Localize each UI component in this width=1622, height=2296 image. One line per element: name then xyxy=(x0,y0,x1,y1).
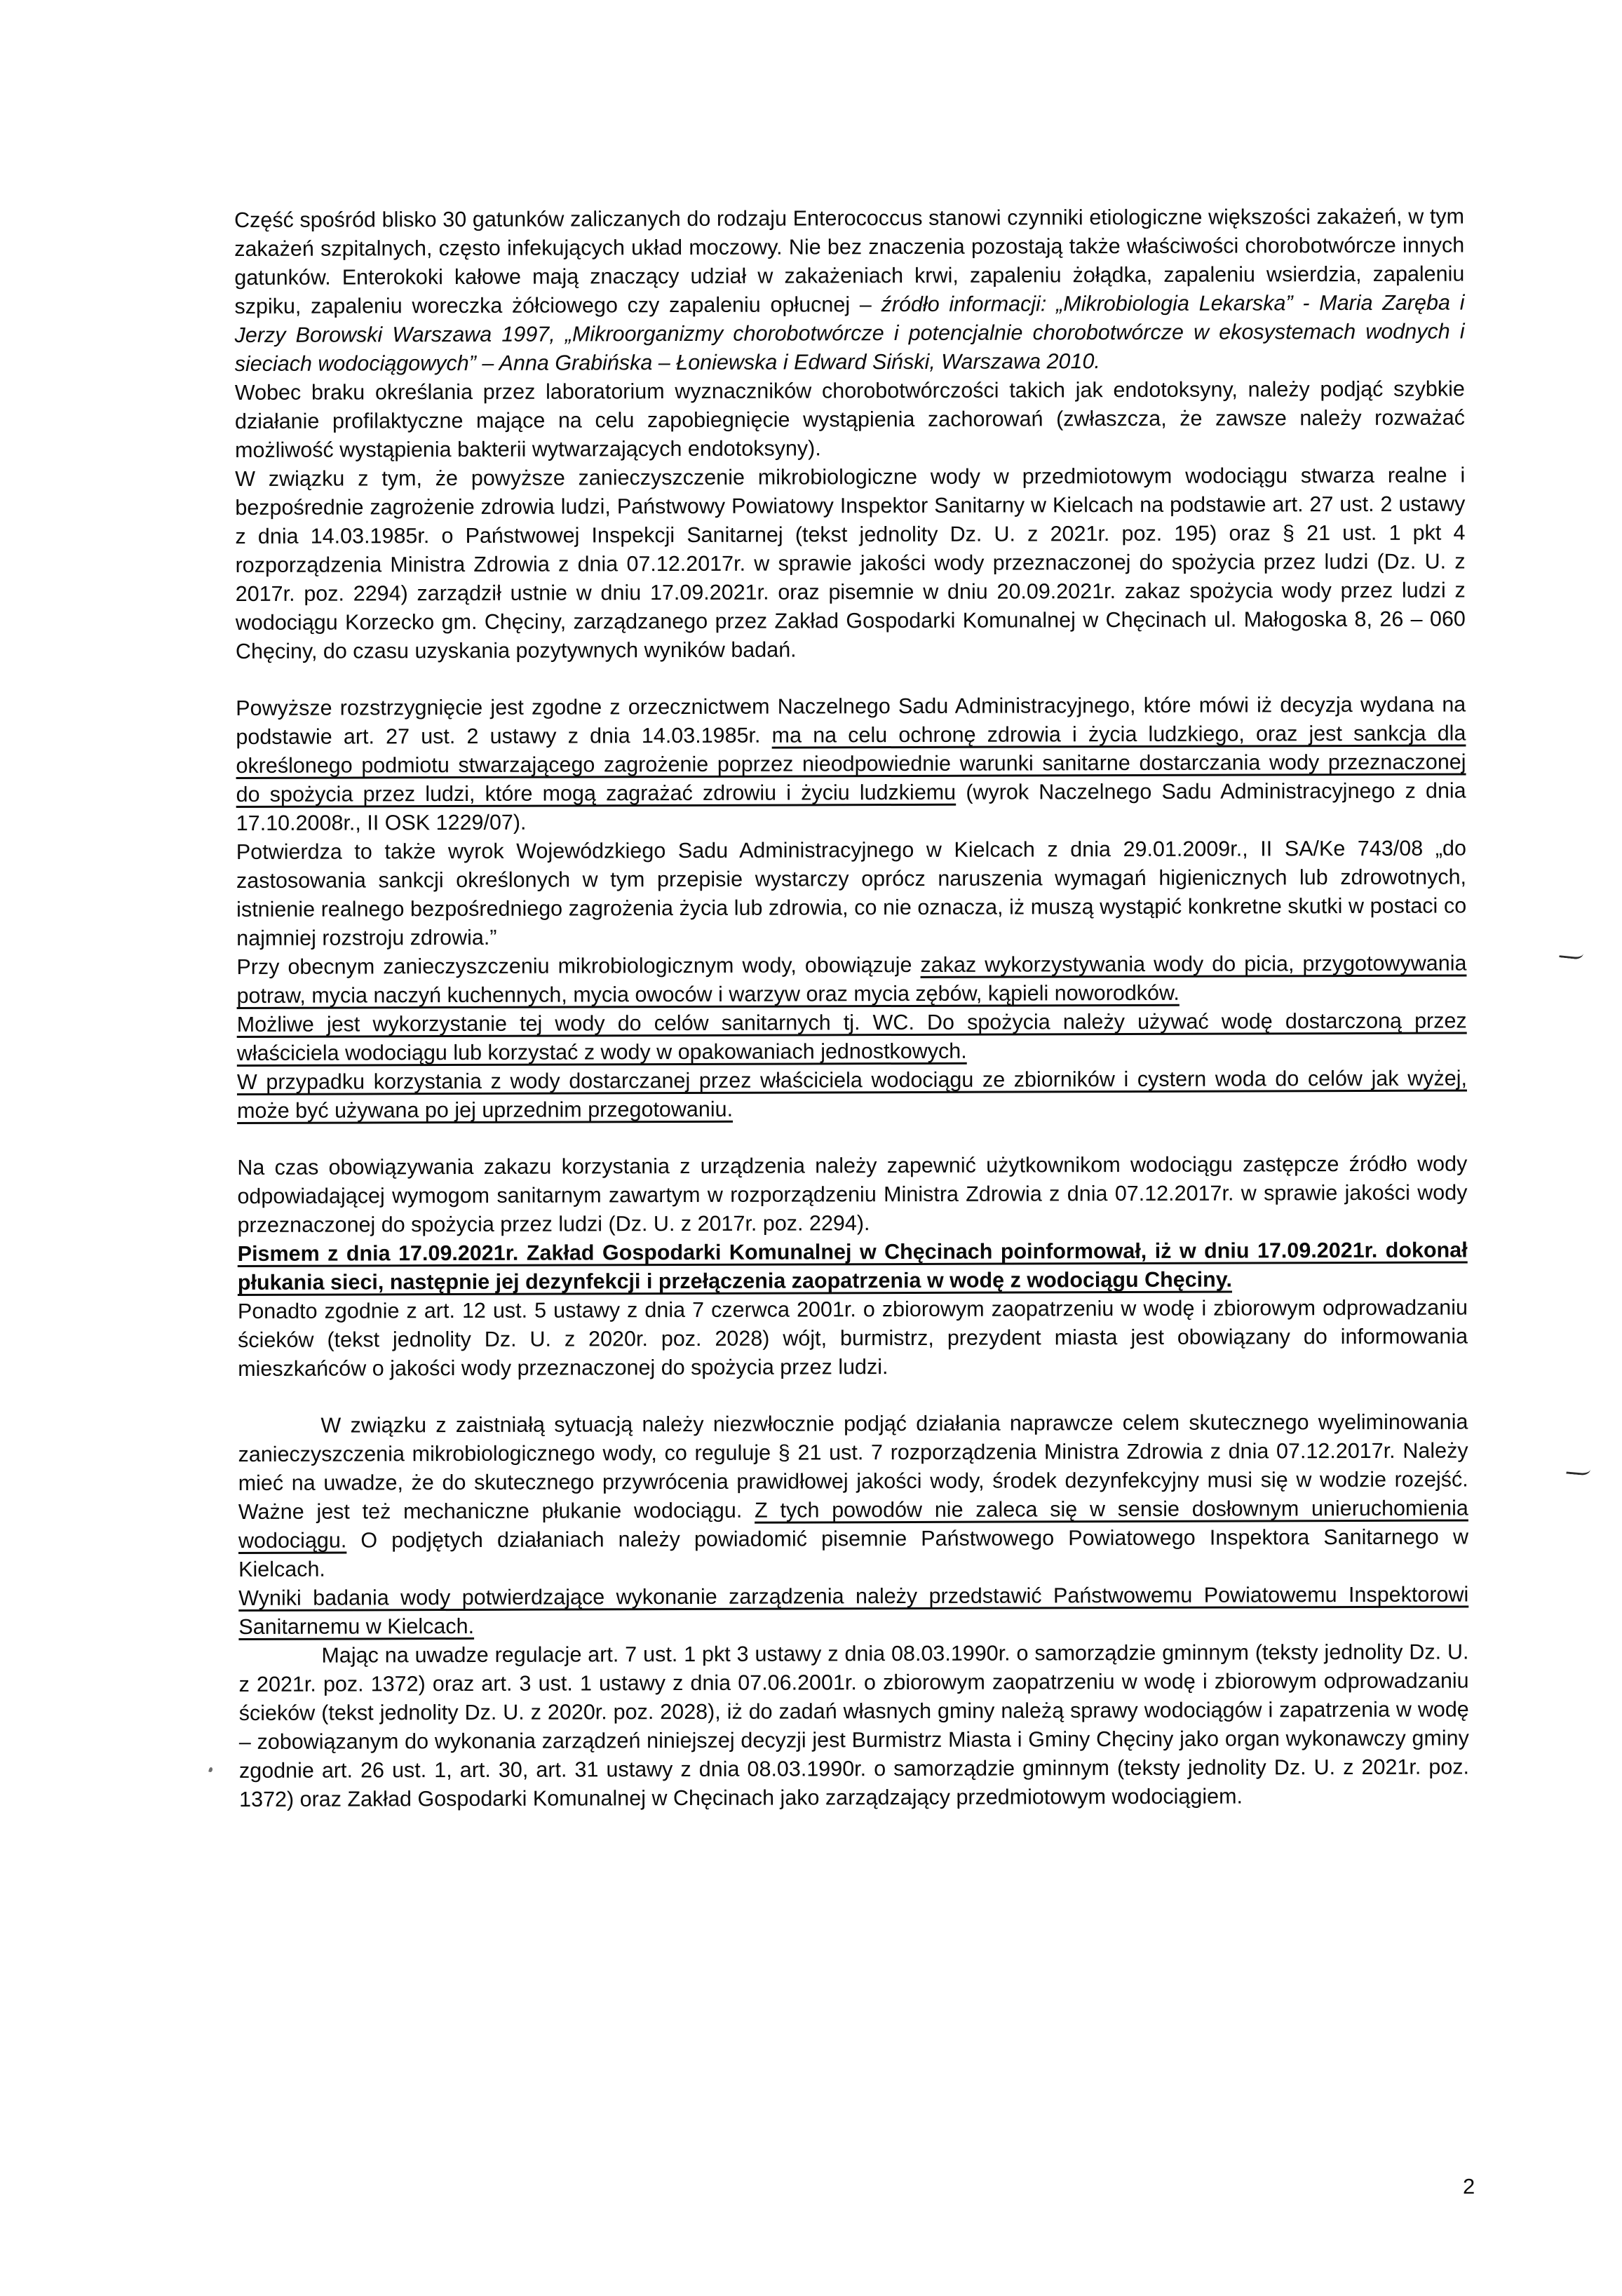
paragraph-3: W związku z tym, że powyższe zanieczyszc… xyxy=(235,461,1466,666)
text-run: Na czas obowiązywania zakazu korzystania… xyxy=(237,1152,1467,1237)
paragraph-13: Wyniki badania wody potwierdzające wykon… xyxy=(238,1580,1468,1642)
paragraph-1: Część spośród blisko 30 gatunków zalicza… xyxy=(234,202,1465,379)
scan-speck-icon xyxy=(208,1767,213,1772)
text-run: Mając na uwadze regulacje art. 7 ust. 1 … xyxy=(239,1640,1469,1811)
text-run: O podjętych działaniach należy powiadomi… xyxy=(238,1525,1468,1581)
text-run: W przypadku korzystania z wody dostarcza… xyxy=(237,1066,1467,1123)
text-run: Wyniki badania wody potwierdzające wykon… xyxy=(238,1582,1468,1639)
text-run: Możliwe jest wykorzystanie tej wody do c… xyxy=(237,1008,1467,1065)
text-run: W związku z tym, że powyższe zanieczyszc… xyxy=(235,463,1466,663)
paragraph-4: Powyższe rozstrzygnięcie jest zgodne z o… xyxy=(236,690,1466,838)
document-body: Część spośród blisko 30 gatunków zalicza… xyxy=(234,202,1469,1814)
scanned-document-page: Część spośród blisko 30 gatunków zalicza… xyxy=(0,0,1622,2296)
paragraph-14: Mając na uwadze regulacje art. 7 ust. 1 … xyxy=(238,1637,1469,1814)
handwritten-mark-icon xyxy=(1566,1464,1590,1476)
paragraph-8: W przypadku korzystania z wody dostarcza… xyxy=(237,1064,1467,1126)
text-run: Wobec braku określania przez laboratoriu… xyxy=(235,377,1465,462)
paragraph-10: Pismem z dnia 17.09.2021r. Zakład Gospod… xyxy=(238,1236,1468,1297)
handwritten-mark-icon xyxy=(1559,947,1583,959)
text-run: Ponadto zgodnie z art. 12 ust. 5 ustawy … xyxy=(238,1295,1468,1381)
text-run: Pismem z dnia 17.09.2021r. Zakład Gospod… xyxy=(238,1238,1468,1295)
paragraph-2: Wobec braku określania przez laboratoriu… xyxy=(235,374,1465,465)
text-run: Potwierdza to także wyrok Wojewódzkiego … xyxy=(236,836,1466,950)
paragraph-7: Możliwe jest wykorzystanie tej wody do c… xyxy=(237,1006,1467,1068)
page-number: 2 xyxy=(1463,2174,1475,2199)
paragraph-5: Potwierdza to także wyrok Wojewódzkiego … xyxy=(236,834,1467,953)
paragraph-6: Przy obecnym zanieczyszczeniu mikrobiolo… xyxy=(236,949,1466,1011)
paragraph-11: Ponadto zgodnie z art. 12 ust. 5 ustawy … xyxy=(238,1293,1468,1384)
paragraph-9: Na czas obowiązywania zakazu korzystania… xyxy=(237,1149,1467,1240)
paragraph-12: W związku z zaistniałą sytuacją należy n… xyxy=(238,1407,1468,1584)
text-run: Przy obecnym zanieczyszczeniu mikrobiolo… xyxy=(236,953,920,979)
